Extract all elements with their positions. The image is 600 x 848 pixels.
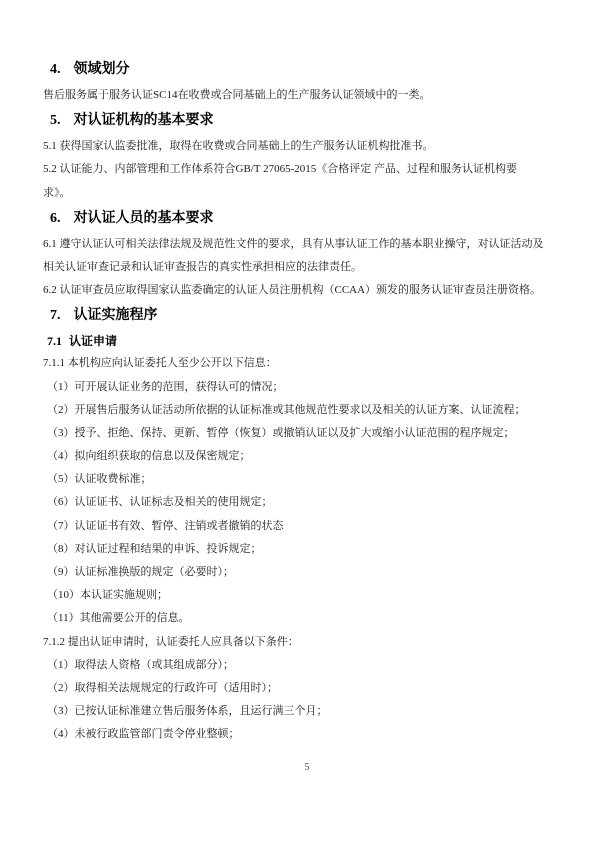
list-item-line: （6）认证证书、认证标志及相关的使用规定； [43,491,564,514]
section-heading: 6.对认证人员的基本要求 [43,205,564,233]
paragraph-line: 6.1 遵守认证认可相关法律法规及规范性文件的要求，具有从事认证工作的基本职业操… [43,233,564,256]
page-number: 5 [0,762,600,773]
heading-label: 领域划分 [74,62,130,77]
list-item-line: （1）可开展认证业务的范围，获得认可的情况； [43,376,564,399]
heading-label: 对认证人员的基本要求 [74,211,214,226]
list-item-line: （3）已按认证标准建立售后服务体系，且运行满三个月； [43,700,564,723]
list-item-line: （1）取得法人资格（或其组成部分）； [43,654,564,677]
heading-number: 7.1 [47,330,62,352]
heading-number: 5. [50,107,61,135]
paragraph-line: 6.2 认证审查员应取得国家认监委确定的认证人员注册机构（CCAA）颁发的服务认… [43,279,564,302]
list-item-line: （2）开展售后服务认证活动所依据的认证标准或其他规范性要求以及相关的认证方案、认… [43,399,564,422]
section-heading: 4.领域划分 [43,56,564,84]
paragraph-line: 求》。 [43,182,564,205]
list-item-line: （9）认证标准换版的规定（必要时）； [43,561,564,584]
document-page: 4.领域划分售后服务属于服务认证SC14在收费或合同基础上的生产服务认证领域中的… [0,0,600,848]
list-item-line: （3）授予、拒绝、保持、更新、暂停（恢复）或撤销认证以及扩大或缩小认证范围的程序… [43,422,564,445]
paragraph-line: 7.1.2 提出认证申请时，认证委托人应具备以下条件： [43,631,564,654]
list-item-line: （11）其他需要公开的信息。 [43,607,564,630]
subsection-heading: 7.1认证申请 [43,330,564,352]
heading-label: 对认证机构的基本要求 [74,113,214,128]
list-item-line: （5）认证收费标准； [43,468,564,491]
paragraph-line: 相关认证审查记录和认证审查报告的真实性承担相应的法律责任。 [43,256,564,279]
heading-number: 4. [50,56,61,84]
heading-number: 7. [50,302,61,330]
list-item-line: （8）对认证过程和结果的申诉、投诉规定； [43,538,564,561]
paragraph-line: 5.2 认证能力、内部管理和工作体系符合GB/T 27065-2015《合格评定… [43,158,564,181]
paragraph-line: 5.1 获得国家认监委批准，取得在收费或合同基础上的生产服务认证机构批准书。 [43,135,564,158]
paragraph-line: 7.1.1 本机构应向认证委托人至少公开以下信息： [43,352,564,375]
heading-label: 认证申请 [69,334,117,348]
heading-number: 6. [50,205,61,233]
section-heading: 5.对认证机构的基本要求 [43,107,564,135]
document-body: 4.领域划分售后服务属于服务认证SC14在收费或合同基础上的生产服务认证领域中的… [43,56,564,747]
list-item-line: （4）拟向组织获取的信息以及保密规定； [43,445,564,468]
list-item-line: （10）本认证实施规则； [43,584,564,607]
list-item-line: （7）认证证书有效、暂停、注销或者撤销的状态 [43,515,564,538]
heading-label: 认证实施程序 [74,308,158,323]
paragraph-line: 售后服务属于服务认证SC14在收费或合同基础上的生产服务认证领域中的一类。 [43,84,564,107]
section-heading: 7.认证实施程序 [43,302,564,330]
list-item-line: （4）未被行政监管部门责令停业整顿； [43,723,564,746]
list-item-line: （2）取得相关法规规定的行政许可（适用时）； [43,677,564,700]
